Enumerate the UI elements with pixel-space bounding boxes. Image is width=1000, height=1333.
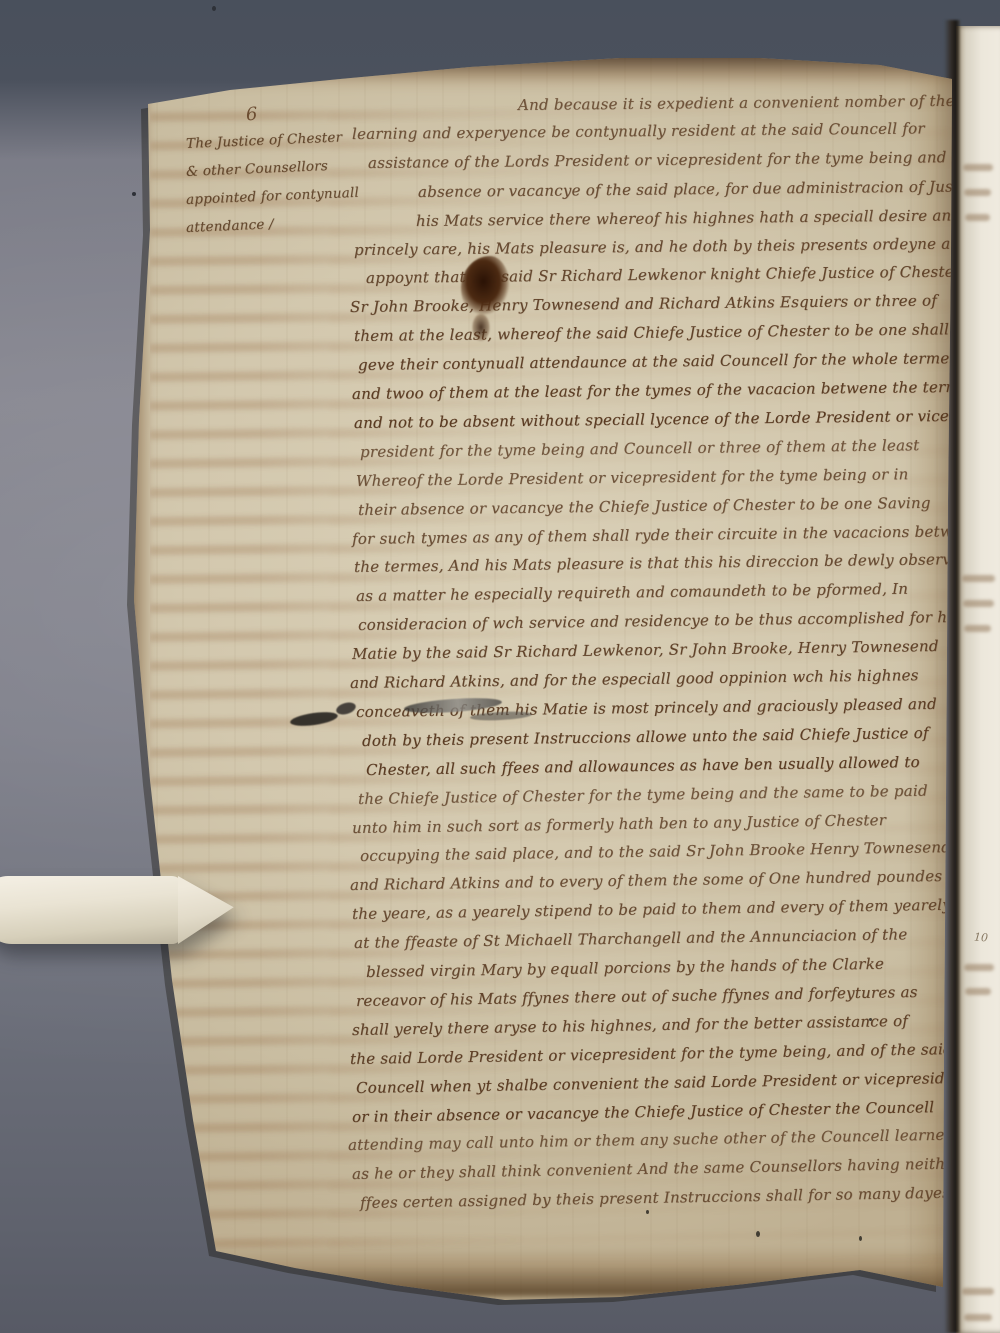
bone-folder-tip <box>178 876 236 944</box>
margin-note: The Justice of Chester& other Counsellor… <box>186 126 376 238</box>
ink-showthrough-fragment <box>962 575 995 582</box>
manuscript-photo: 10 6 The Justice of Chester& other Couns… <box>0 0 1000 1333</box>
background-speck <box>132 192 136 196</box>
ink-showthrough-fragment <box>964 189 991 196</box>
top-edge-burn <box>130 50 960 92</box>
bone-folder-body <box>0 876 182 944</box>
ink-speck <box>859 1236 862 1241</box>
ink-showthrough-fragment <box>965 214 990 221</box>
ink-showthrough-fragment <box>963 600 994 607</box>
manuscript-page: 6 The Justice of Chester& other Counsell… <box>0 0 1000 1333</box>
ink-blot <box>461 256 511 320</box>
bone-folder-tool <box>0 868 240 952</box>
facing-page-edge: 10 <box>956 26 1000 1333</box>
ink-showthrough-fragment <box>964 1314 992 1321</box>
ink-showthrough-fragment <box>965 988 991 995</box>
ink-showthrough-fragment <box>964 964 994 971</box>
folio-number: 6 <box>245 104 258 126</box>
ink-speck <box>646 1210 649 1214</box>
background-speck <box>212 6 216 11</box>
ink-speck <box>756 1231 760 1237</box>
ink-showthrough-fragment <box>963 164 993 171</box>
ink-speck <box>869 1018 872 1021</box>
ink-showthrough-fragment <box>964 625 991 632</box>
facing-page-folio-number: 10 <box>974 931 989 945</box>
ink-showthrough-fragment <box>962 1288 994 1295</box>
